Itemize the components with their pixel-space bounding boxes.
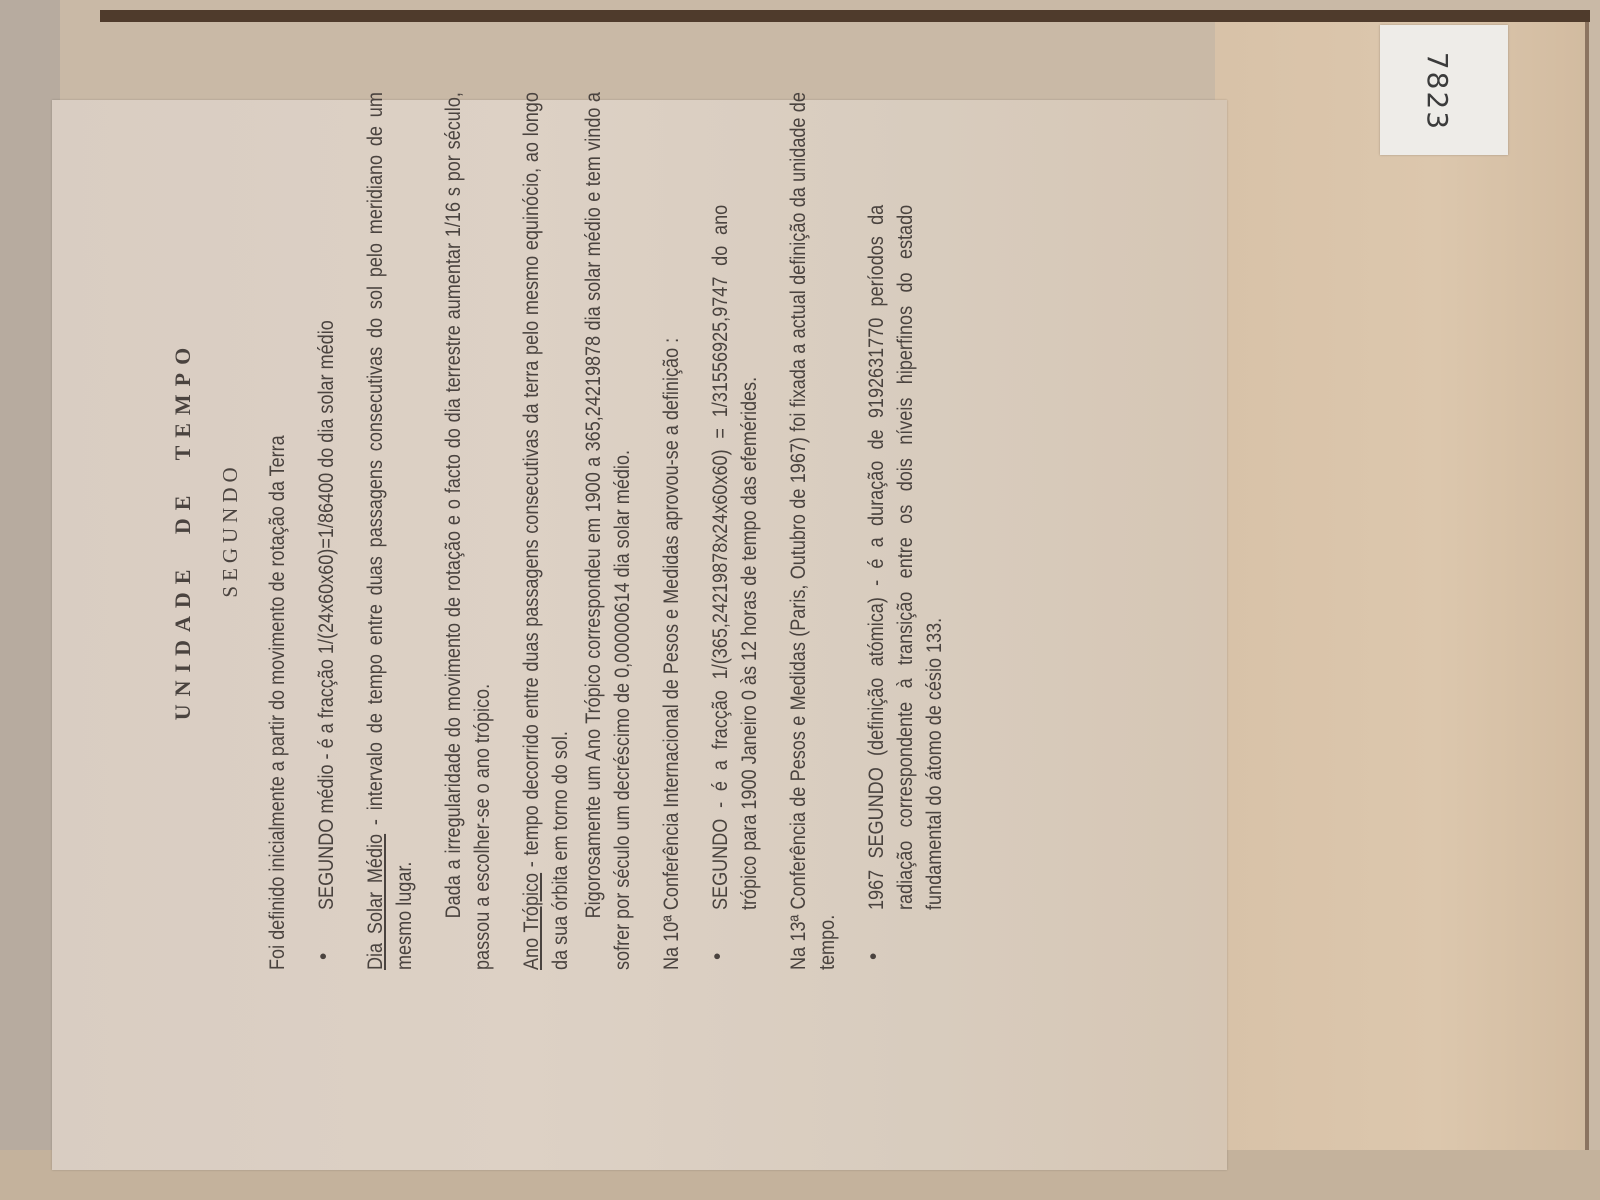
document-title: UNIDADE DE TEMPO	[170, 90, 196, 970]
bullet-segundo-efemerides: • SEGUNDO - é a fracção 1/(365,24219878x…	[706, 90, 764, 970]
background-left	[0, 0, 60, 1200]
decima-conferencia-paragraph: Na 10ª Conferência Internacional de Peso…	[657, 92, 686, 970]
dia-solar-medio-paragraph: Dia Solar Médio - intervalo de tempo ent…	[361, 92, 419, 970]
term-dia-solar-medio: Dia Solar Médio	[364, 834, 387, 970]
bullet-icon: •	[862, 910, 949, 970]
definition-text: - tempo decorrido entre duas passagens c…	[520, 92, 572, 970]
bullet-segundo-medio: • SEGUNDO médio - é a fracção 1/(24x60x6…	[312, 90, 341, 970]
bullet-text: 1967 SEGUNDO (definição atómica) - é a d…	[862, 205, 949, 910]
bullet-text: SEGUNDO - é a fracção 1/(365,24219878x24…	[706, 205, 764, 910]
document-page: UNIDADE DE TEMPO SEGUNDO Foi definido in…	[150, 30, 1150, 1030]
term-ano-tropico: Ano Trópico	[520, 873, 543, 970]
catalog-label: 7823	[1380, 25, 1508, 155]
decima-terceira-conferencia-paragraph: Na 13ª Conferência de Pesos e Medidas (P…	[784, 92, 842, 970]
document-subtitle: SEGUNDO	[218, 90, 243, 970]
bullet-segundo-atomico: • 1967 SEGUNDO (definição atómica) - é a…	[862, 90, 949, 970]
ano-tropico-paragraph: Ano Trópico - tempo decorrido entre duas…	[517, 92, 575, 970]
intro-paragraph: Foi definido inicialmente a partir do mo…	[263, 92, 292, 970]
bullet-icon: •	[312, 910, 341, 970]
board-edge	[100, 10, 1590, 22]
bullet-text: SEGUNDO médio - é a fracção 1/(24x60x60)…	[312, 205, 341, 910]
catalog-number: 7823	[1421, 52, 1454, 131]
rigorosamente-paragraph: Rigorosamente um Ano Trópico corresponde…	[579, 92, 637, 970]
irregularidade-paragraph: Dada a irregularidade do movimento de ro…	[439, 92, 497, 970]
bullet-icon: •	[706, 910, 764, 970]
backing-board	[1215, 10, 1589, 1160]
